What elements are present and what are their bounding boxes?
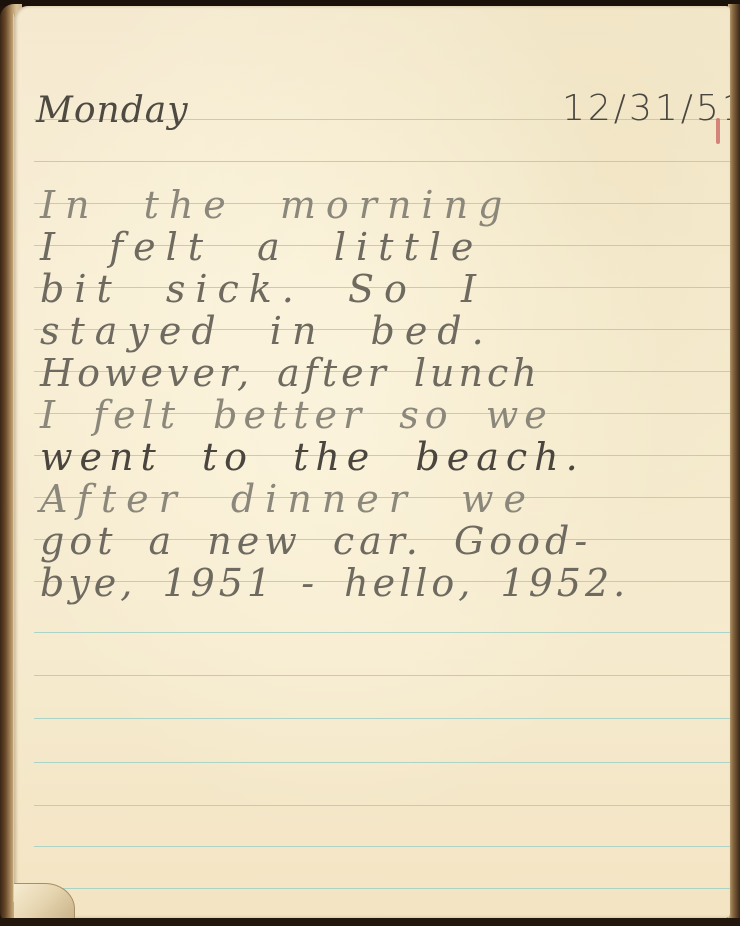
body-line-7: went to the beach. (40, 436, 585, 478)
body-line-6: I felt better so we (40, 394, 553, 436)
ruled-line (34, 846, 730, 847)
ruled-line (34, 888, 730, 889)
ruled-line (34, 805, 730, 806)
entry-date: 12/31/51 (562, 88, 730, 129)
body-line-9: got a new car. Good- (40, 520, 592, 562)
body-line-10: bye, 1951 - hello, 1952. (40, 562, 629, 604)
ruled-line (34, 762, 730, 763)
entry-day: Monday (36, 90, 189, 131)
diary-page: Monday 12/31/51 In the morning I felt a … (14, 6, 730, 918)
body-line-1: In the morning (40, 184, 512, 226)
ruled-line (34, 632, 730, 633)
body-line-2: I felt a little (40, 226, 483, 268)
body-line-5: However, after lunch (40, 352, 541, 394)
ruled-line (34, 718, 730, 719)
red-ink-mark (716, 118, 720, 144)
body-line-3: bit sick. So I (40, 268, 486, 310)
body-line-4: stayed in bed. (40, 310, 494, 352)
bottom-shadow (0, 918, 740, 926)
diary-photo: Monday 12/31/51 In the morning I felt a … (0, 0, 740, 926)
body-line-8: After dinner we (40, 478, 536, 520)
ruled-line (34, 161, 730, 162)
ruled-line (34, 675, 730, 676)
